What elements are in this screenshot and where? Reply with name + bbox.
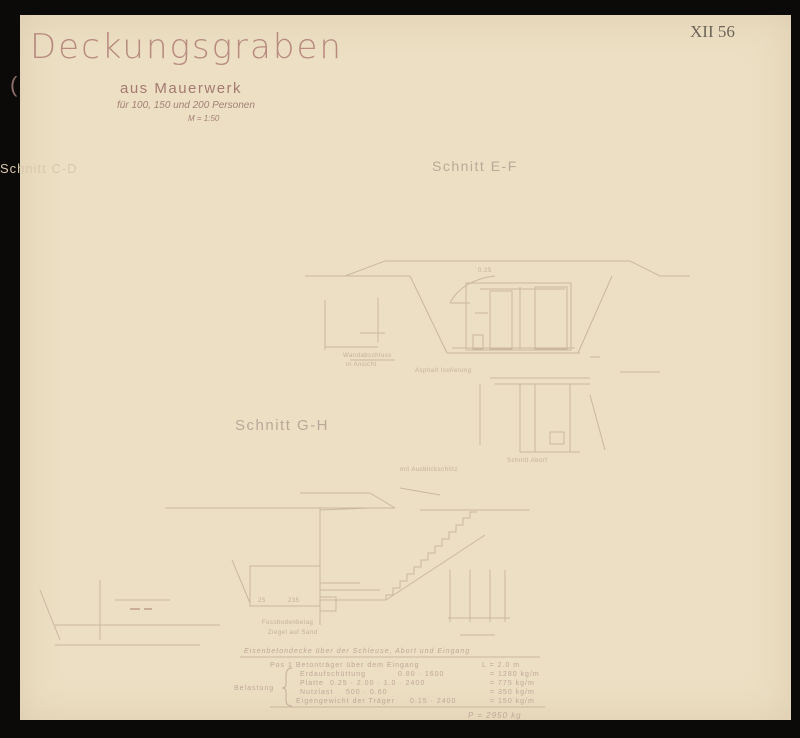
ef-dim-top: 0.25 xyxy=(478,268,492,274)
technical-drawing-linework xyxy=(0,0,800,738)
calc-row-value: = 1280 kg/m xyxy=(490,671,540,678)
gh-note-brick: Ziegel auf Sand xyxy=(268,630,318,636)
calc-group-label: Belastung xyxy=(234,685,274,692)
calc-row-label: Erdaufschüttung xyxy=(300,671,366,678)
gh-dim-1: 235 xyxy=(288,598,300,604)
ef-lower-note-1: Schnitt Abort xyxy=(507,458,548,464)
ef-note-wall: Wandabschluss xyxy=(343,353,392,359)
ef-note-view: in Ansicht xyxy=(346,362,377,368)
ef-note-floor: Asphalt Isolierung xyxy=(415,368,472,374)
calc-row-label: Nutzlast xyxy=(300,689,333,696)
calc-row-label: Eigengewicht der Träger xyxy=(296,698,395,705)
calc-row-value: = 350 kg/m xyxy=(490,689,535,696)
gh-note-floor: Fussbodenbelag xyxy=(262,620,313,626)
calc-heading: Eisenbetondecke über der Schleuse, Abort… xyxy=(244,648,470,655)
calc-row-value: = 150 kg/m xyxy=(490,698,535,705)
calc-row-value: = 775 kg/m xyxy=(490,680,535,687)
calc-row-label: Platte xyxy=(300,680,324,687)
calc-row-formula: 0.80 · 1600 xyxy=(398,671,444,678)
calc-span: L = 2.0 m xyxy=(482,662,520,669)
gh-dim-2: 25 xyxy=(258,598,266,604)
ef-lower-note-2: mit Ausblickschlitz xyxy=(400,467,458,473)
calc-row-formula: 0.15 · 2400 xyxy=(410,698,456,705)
calc-row-formula: 0.25 · 2.00 · 1.0 · 2400 xyxy=(330,680,425,687)
calc-total: P = 2950 kg xyxy=(468,711,522,720)
calc-position: Pos 1 Betonträger über dem Eingang xyxy=(270,662,420,669)
calc-row-formula: 500 · 0.60 xyxy=(346,689,388,696)
